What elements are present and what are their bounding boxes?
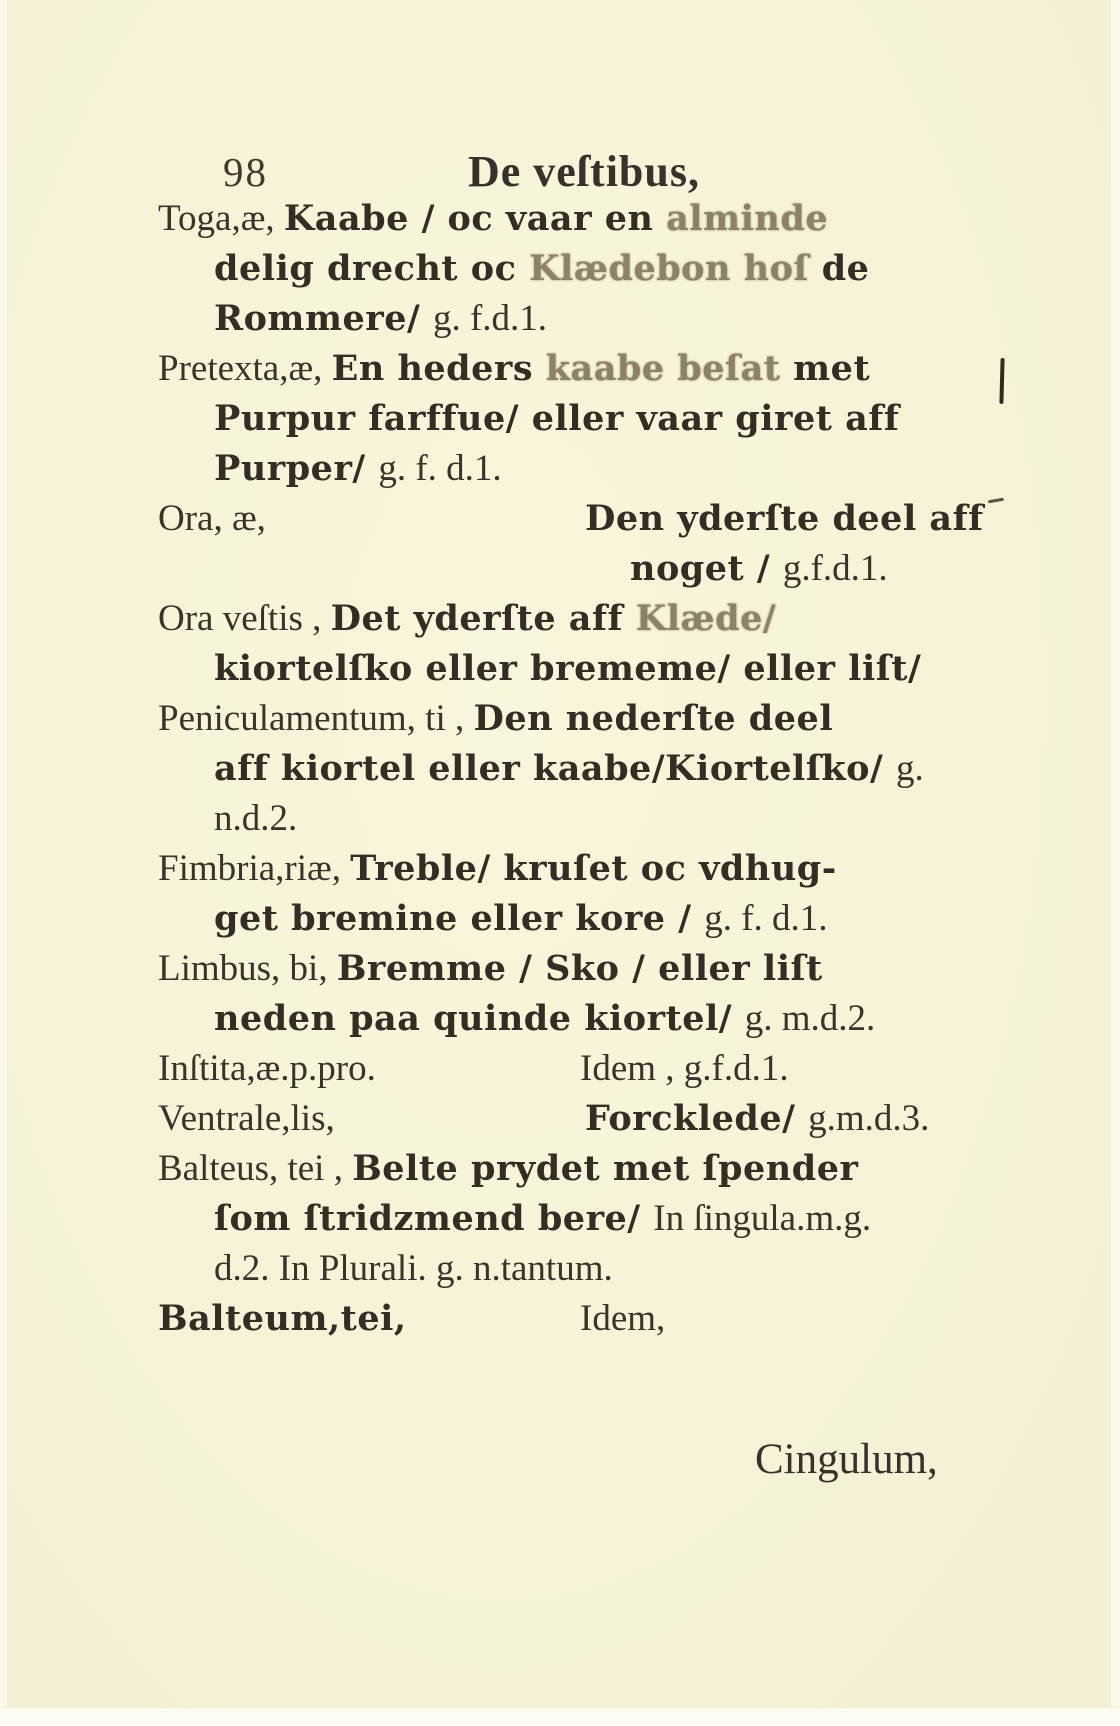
text-segment: Ora veſtis , — [158, 598, 331, 639]
text-segment: g. f. d.1. — [378, 448, 501, 489]
text-segment: g. f.d.1. — [433, 298, 547, 339]
text-line: neden paa quinde kiortel/ g. m.d.2. — [158, 994, 1008, 1044]
text-segment: Rommere/ — [214, 298, 433, 339]
catchword: Cingulum, — [755, 1428, 938, 1492]
text-segment: de — [822, 248, 870, 289]
scan-edge-right — [1111, 0, 1120, 1726]
text-segment: n.d.2. — [214, 798, 297, 839]
text-line: Balteus, tei , Belte prydet met ſpender — [158, 1144, 1008, 1194]
text-segment: Balteum,tei, — [158, 1298, 407, 1339]
book-page-scan: 98De veſtibus, Toga,æ, Kaabe / oc vaar e… — [0, 0, 1120, 1726]
text-segment: kaabe beſat — [546, 348, 793, 389]
text-segment: Forcklede/ — [585, 1098, 808, 1139]
text-line: Peniculamentum, ti , Den nederſte deel — [158, 694, 1008, 744]
text-segment: Balteus, tei , — [158, 1148, 352, 1189]
text-line: Limbus, bi, Bremme / Sko / eller liſt — [158, 944, 1008, 994]
text-line: Ora, æ,Den yderſte deel aff — [158, 494, 1008, 544]
text-segment: Belte prydet met ſpender — [352, 1148, 858, 1189]
text-line-right-column: Idem , g.f.d.1. — [580, 1044, 789, 1101]
text-segment: Purper/ — [214, 448, 378, 489]
text-segment: In ſingula.m.g. — [653, 1198, 871, 1239]
text-segment: Fimbria,riæ, — [158, 848, 350, 889]
text-segment: Limbus, bi, — [158, 948, 337, 989]
text-segment: Idem, — [580, 1298, 665, 1339]
text-line: Pretexta,æ, En heders kaabe beſat met — [158, 344, 1008, 394]
text-segment: Toga,æ, — [158, 198, 284, 239]
text-line: Ventrale,lis,Forcklede/ g.m.d.3. — [158, 1094, 1008, 1144]
text-segment: En heders — [332, 348, 546, 389]
text-line: Purper/ g. f. d.1. — [158, 444, 1008, 494]
text-line: Balteum,tei,Idem, — [158, 1294, 1008, 1344]
text-segment: Kaabe / oc vaar en — [284, 198, 666, 239]
text-line: d.2. In Plurali. g. n.tantum. — [158, 1244, 1008, 1294]
text-segment: met — [793, 348, 870, 389]
text-segment: ſom ſtridzmend bere/ — [214, 1198, 653, 1239]
text-line: Ora veſtis , Det yderſte aff Klæde/ — [158, 594, 1008, 644]
text-segment: aff kiortel eller kaabe/Kiortelſko/ — [214, 748, 896, 789]
text-segment: g. m.d.2. — [745, 998, 876, 1039]
text-segment: kiortelſko eller brememe/ eller liſt/ — [214, 648, 921, 689]
dictionary-text-block: Toga,æ, Kaabe / oc vaar en almindedelig … — [158, 194, 1008, 1344]
text-segment: Purpur farffue/ eller vaar giret aff — [214, 398, 899, 439]
text-segment: Peniculamentum, ti , — [158, 698, 473, 739]
text-line: aff kiortel eller kaabe/Kiortelſko/ g. — [158, 744, 1008, 794]
page-number: 98 — [223, 148, 268, 196]
text-line: noget / g.f.d.1. — [158, 544, 1008, 594]
text-line-right-column: Den yderſte deel aff — [585, 494, 984, 551]
text-segment: Bremme / Sko / eller liſt — [337, 948, 823, 989]
text-segment: Ventrale,lis, — [158, 1098, 335, 1139]
text-line: Purpur farffue/ eller vaar giret aff — [158, 394, 1008, 444]
text-line: Toga,æ, Kaabe / oc vaar en alminde — [158, 194, 1008, 244]
text-segment: g.m.d.3. — [808, 1098, 929, 1139]
text-line: get bremine eller kore / g. f. d.1. — [158, 894, 1008, 944]
text-segment: g. f. d.1. — [704, 898, 827, 939]
text-segment: Pretexta,æ, — [158, 348, 332, 389]
text-line: ſom ſtridzmend bere/ In ſingula.m.g. — [158, 1194, 1008, 1244]
text-line: Inſtita,æ.p.pro.Idem , g.f.d.1. — [158, 1044, 1008, 1094]
text-line: Rommere/ g. f.d.1. — [158, 294, 1008, 344]
text-line: delig drecht oc Klædebon hoſ de — [158, 244, 1008, 294]
text-segment: get bremine eller kore / — [214, 898, 704, 939]
text-segment: g.f.d.1. — [783, 548, 888, 589]
scan-edge-bottom — [0, 1707, 1120, 1726]
text-segment: d.2. In Plurali. g. n.tantum. — [214, 1248, 613, 1289]
text-segment: Det yderſte aff — [331, 598, 636, 639]
text-segment: delig drecht oc — [214, 248, 529, 289]
text-segment: Inſtita,æ.p.pro. — [158, 1048, 376, 1089]
text-segment: alminde — [666, 198, 828, 239]
text-segment: g. — [896, 748, 924, 789]
text-segment: neden paa quinde kiortel/ — [214, 998, 745, 1039]
text-segment: Treble/ kruſet oc vdhug- — [350, 848, 837, 889]
text-segment: Den yderſte deel aff — [585, 498, 984, 539]
text-segment: Klædebon hoſ — [529, 248, 822, 289]
running-title: De veſtibus, — [468, 146, 700, 197]
text-line-right-column: Forcklede/ g.m.d.3. — [585, 1094, 929, 1151]
scan-edge-left — [0, 0, 7, 1726]
text-line: kiortelſko eller brememe/ eller liſt/ — [158, 644, 1008, 694]
text-segment: noget / — [630, 548, 783, 589]
text-segment: Ora, æ, — [158, 498, 266, 539]
text-line-right-column: Idem, — [580, 1294, 665, 1351]
text-segment: Klæde/ — [636, 598, 776, 639]
text-line: n.d.2. — [158, 794, 1008, 844]
text-segment: Idem , g.f.d.1. — [580, 1048, 789, 1089]
text-line: Fimbria,riæ, Treble/ kruſet oc vdhug- — [158, 844, 1008, 894]
text-segment: Den nederſte deel — [473, 698, 833, 739]
